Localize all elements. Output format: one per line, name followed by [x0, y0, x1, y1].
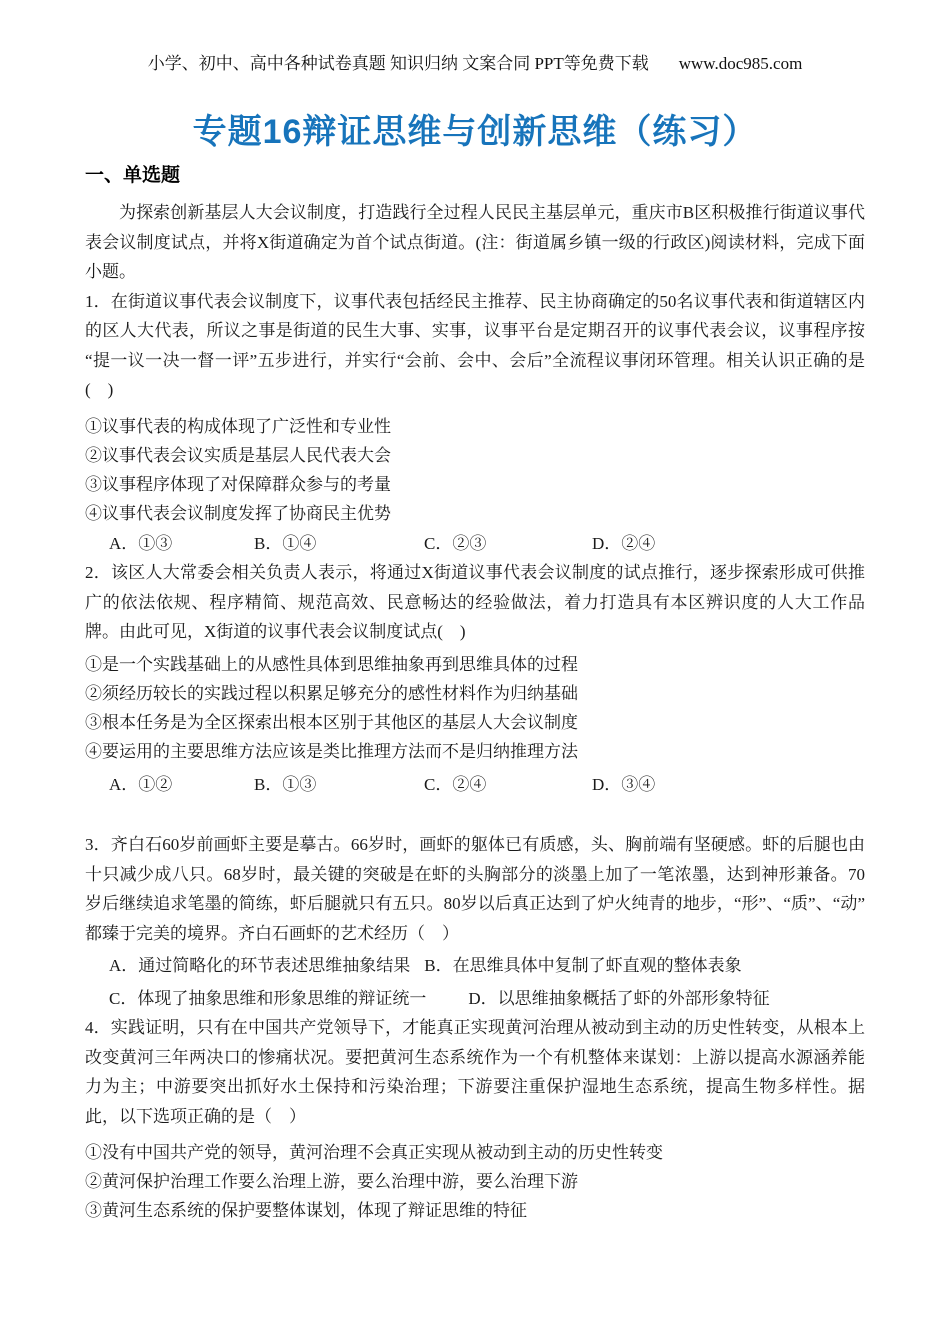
question-number: 3．: [85, 835, 111, 854]
question-number: 4．: [85, 1018, 111, 1037]
question-3: 3．齐白石60岁前画虾主要是摹古。66岁时，画虾的躯体已有质感，头、胸前端有坚硬…: [85, 830, 865, 1013]
statement-4: ④议事代表会议制度发挥了协商民主优势: [85, 499, 865, 528]
page-header: 小学、初中、高中各种试卷真题 知识归纳 文案合同 PPT等免费下载www.doc…: [0, 0, 950, 75]
option-b: B．①④: [254, 529, 424, 559]
question-text: 该区人大常委会相关负责人表示，将通过X街道议事代表会议制度的试点推行，逐步探索形…: [85, 563, 865, 641]
question-stem: 2．该区人大常委会相关负责人表示，将通过X街道议事代表会议制度的试点推行，逐步探…: [85, 558, 865, 647]
statement-1: ①议事代表的构成体现了广泛性和专业性: [85, 412, 865, 441]
question-1: 1．在街道议事代表会议制度下，议事代表包括经民主推荐、民主协商确定的50名议事代…: [85, 287, 865, 559]
question-stem: 3．齐白石60岁前画虾主要是摹古。66岁时，画虾的躯体已有质感，头、胸前端有坚硬…: [85, 830, 865, 948]
statement-3: ③黄河生态系统的保护要整体谋划，体现了辩证思维的特征: [85, 1196, 865, 1225]
intro-paragraph: 为探索创新基层人大会议制度，打造践行全过程人民民主基层单元，重庆市B区积极推行街…: [85, 198, 865, 287]
statement-list: ①议事代表的构成体现了广泛性和专业性 ②议事代表会议实质是基层人民代表大会 ③议…: [85, 412, 865, 528]
option-a: A．①③: [109, 529, 254, 559]
statement-2: ②须经历较长的实践过程以积累足够充分的感性材料作为归纳基础: [85, 679, 865, 708]
question-number: 1．: [85, 292, 111, 311]
question-stem: 4．实践证明，只有在中国共产党领导下，才能真正实现黄河治理从被动到主动的历史性转…: [85, 1013, 865, 1131]
options-row: A．①③B．①④C．②③D．②④: [85, 529, 865, 559]
statement-1: ①是一个实践基础上的从感性具体到思维抽象再到思维具体的过程: [85, 650, 865, 679]
options-row: A．①②B．①③C．②④D．③④: [85, 770, 865, 800]
document-body: 一、单选题 为探索创新基层人大会议制度，打造践行全过程人民民主基层单元，重庆市B…: [85, 161, 865, 1225]
question-text: 实践证明，只有在中国共产党领导下，才能真正实现黄河治理从被动到主动的历史性转变，…: [85, 1018, 865, 1126]
page-title: 专题16辩证思维与创新思维（练习）: [0, 109, 950, 155]
question-text: 齐白石60岁前画虾主要是摹古。66岁时，画虾的躯体已有质感，头、胸前端有坚硬感。…: [85, 835, 865, 943]
option-c: C．②③: [424, 529, 592, 559]
option-d: D．③④: [592, 770, 655, 800]
options-row-cd: C．体现了抽象思维和形象思维的辩证统一D．以思维抽象概括了虾的外部形象特征: [85, 984, 865, 1014]
question-4: 4．实践证明，只有在中国共产党领导下，才能真正实现黄河治理从被动到主动的历史性转…: [85, 1013, 865, 1225]
option-c: C．体现了抽象思维和形象思维的辩证统一: [109, 989, 426, 1008]
option-b: B．在思维具体中复制了虾直观的整体表象: [424, 956, 741, 975]
statement-2: ②黄河保护治理工作要么治理上游，要么治理中游，要么治理下游: [85, 1167, 865, 1196]
statement-2: ②议事代表会议实质是基层人民代表大会: [85, 441, 865, 470]
section-heading: 一、单选题: [85, 161, 865, 191]
option-b: B．①③: [254, 770, 424, 800]
question-stem: 1．在街道议事代表会议制度下，议事代表包括经民主推荐、民主协商确定的50名议事代…: [85, 287, 865, 405]
option-d: D．②④: [592, 529, 655, 559]
option-c: C．②④: [424, 770, 592, 800]
statement-list: ①是一个实践基础上的从感性具体到思维抽象再到思维具体的过程 ②须经历较长的实践过…: [85, 650, 865, 766]
option-d: D．以思维抽象概括了虾的外部形象特征: [468, 989, 769, 1008]
option-a: A．通过简略化的环节表述思维抽象结果: [109, 956, 410, 975]
option-a: A．①②: [109, 770, 254, 800]
document-page: 小学、初中、高中各种试卷真题 知识归纳 文案合同 PPT等免费下载www.doc…: [0, 0, 950, 1344]
statement-3: ③根本任务是为全区探索出根本区别于其他区的基层人大会议制度: [85, 708, 865, 737]
question-text: 在街道议事代表会议制度下，议事代表包括经民主推荐、民主协商确定的50名议事代表和…: [85, 292, 865, 400]
options-row-ab: A．通过简略化的环节表述思维抽象结果B．在思维具体中复制了虾直观的整体表象: [85, 951, 865, 981]
header-promo-text: 小学、初中、高中各种试卷真题 知识归纳 文案合同 PPT等免费下载: [148, 54, 649, 73]
statement-3: ③议事程序体现了对保障群众参与的考量: [85, 470, 865, 499]
question-number: 2．: [85, 563, 111, 582]
statement-1: ①没有中国共产党的领导，黄河治理不会真正实现从被动到主动的历史性转变: [85, 1138, 865, 1167]
question-2: 2．该区人大常委会相关负责人表示，将通过X街道议事代表会议制度的试点推行，逐步探…: [85, 558, 865, 799]
statement-4: ④要运用的主要思维方法应该是类比推理方法而不是归纳推理方法: [85, 737, 865, 766]
header-site-link[interactable]: www.doc985.com: [679, 54, 803, 73]
statement-list: ①没有中国共产党的领导，黄河治理不会真正实现从被动到主动的历史性转变 ②黄河保护…: [85, 1138, 865, 1225]
